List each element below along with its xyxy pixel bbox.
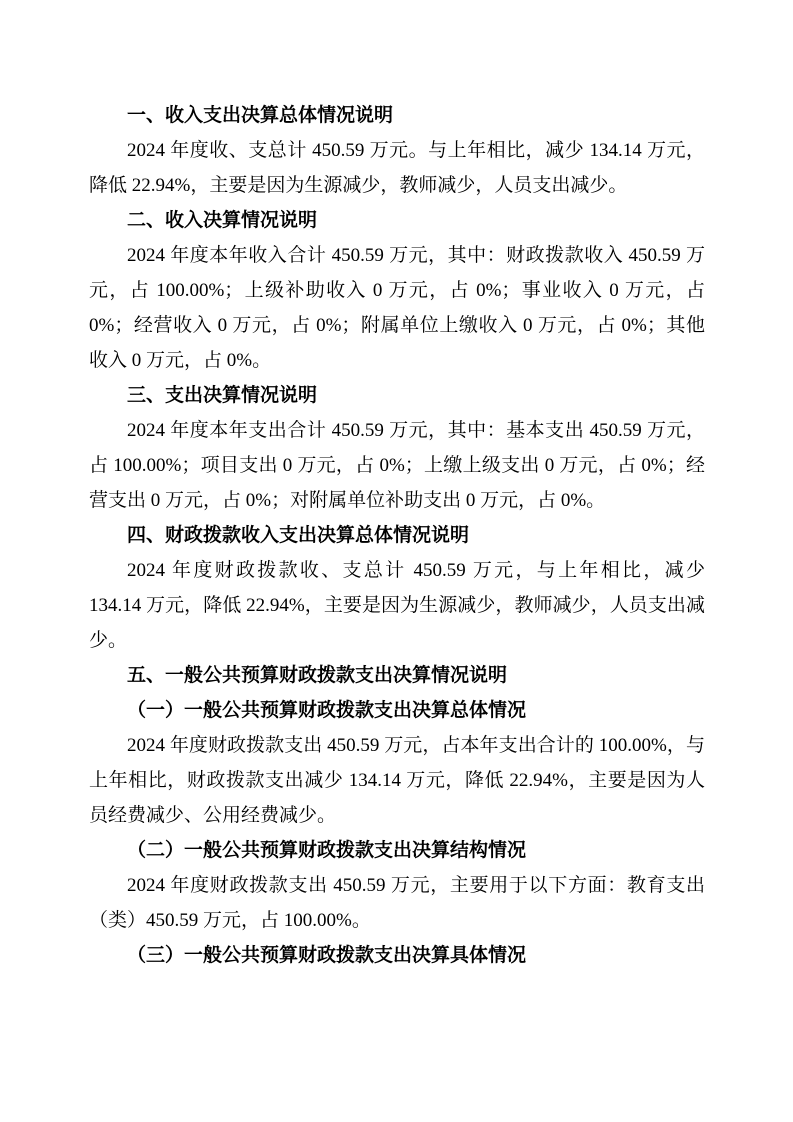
section-3-heading: 三、支出决算情况说明 [89,378,705,413]
section-2-heading: 二、收入决算情况说明 [89,203,705,238]
section-4-paragraph: 2024 年度财政拨款收、支总计 450.59 万元，与上年相比，减少 134.… [89,553,705,658]
section-2-paragraph: 2024 年度本年收入合计 450.59 万元，其中：财政拨款收入 450.59… [89,238,705,378]
section-5-2-heading: （二）一般公共预算财政拨款支出决算结构情况 [89,833,705,868]
section-1-heading: 一、收入支出决算总体情况说明 [89,98,705,133]
document-page: 一、收入支出决算总体情况说明 2024 年度收、支总计 450.59 万元。与上… [0,0,793,1122]
section-5-heading: 五、一般公共预算财政拨款支出决算情况说明 [89,658,705,693]
section-1-paragraph: 2024 年度收、支总计 450.59 万元。与上年相比，减少 134.14 万… [89,133,705,203]
section-3-paragraph: 2024 年度本年支出合计 450.59 万元，其中：基本支出 450.59 万… [89,413,705,518]
section-5-3-heading: （三）一般公共预算财政拨款支出决算具体情况 [89,938,705,973]
section-5-1-paragraph: 2024 年度财政拨款支出 450.59 万元，占本年支出合计的 100.00%… [89,728,705,833]
section-4-heading: 四、财政拨款收入支出决算总体情况说明 [89,518,705,553]
section-5-1-heading: （一）一般公共预算财政拨款支出决算总体情况 [89,693,705,728]
section-5-2-paragraph: 2024 年度财政拨款支出 450.59 万元，主要用于以下方面：教育支出（类）… [89,868,705,938]
